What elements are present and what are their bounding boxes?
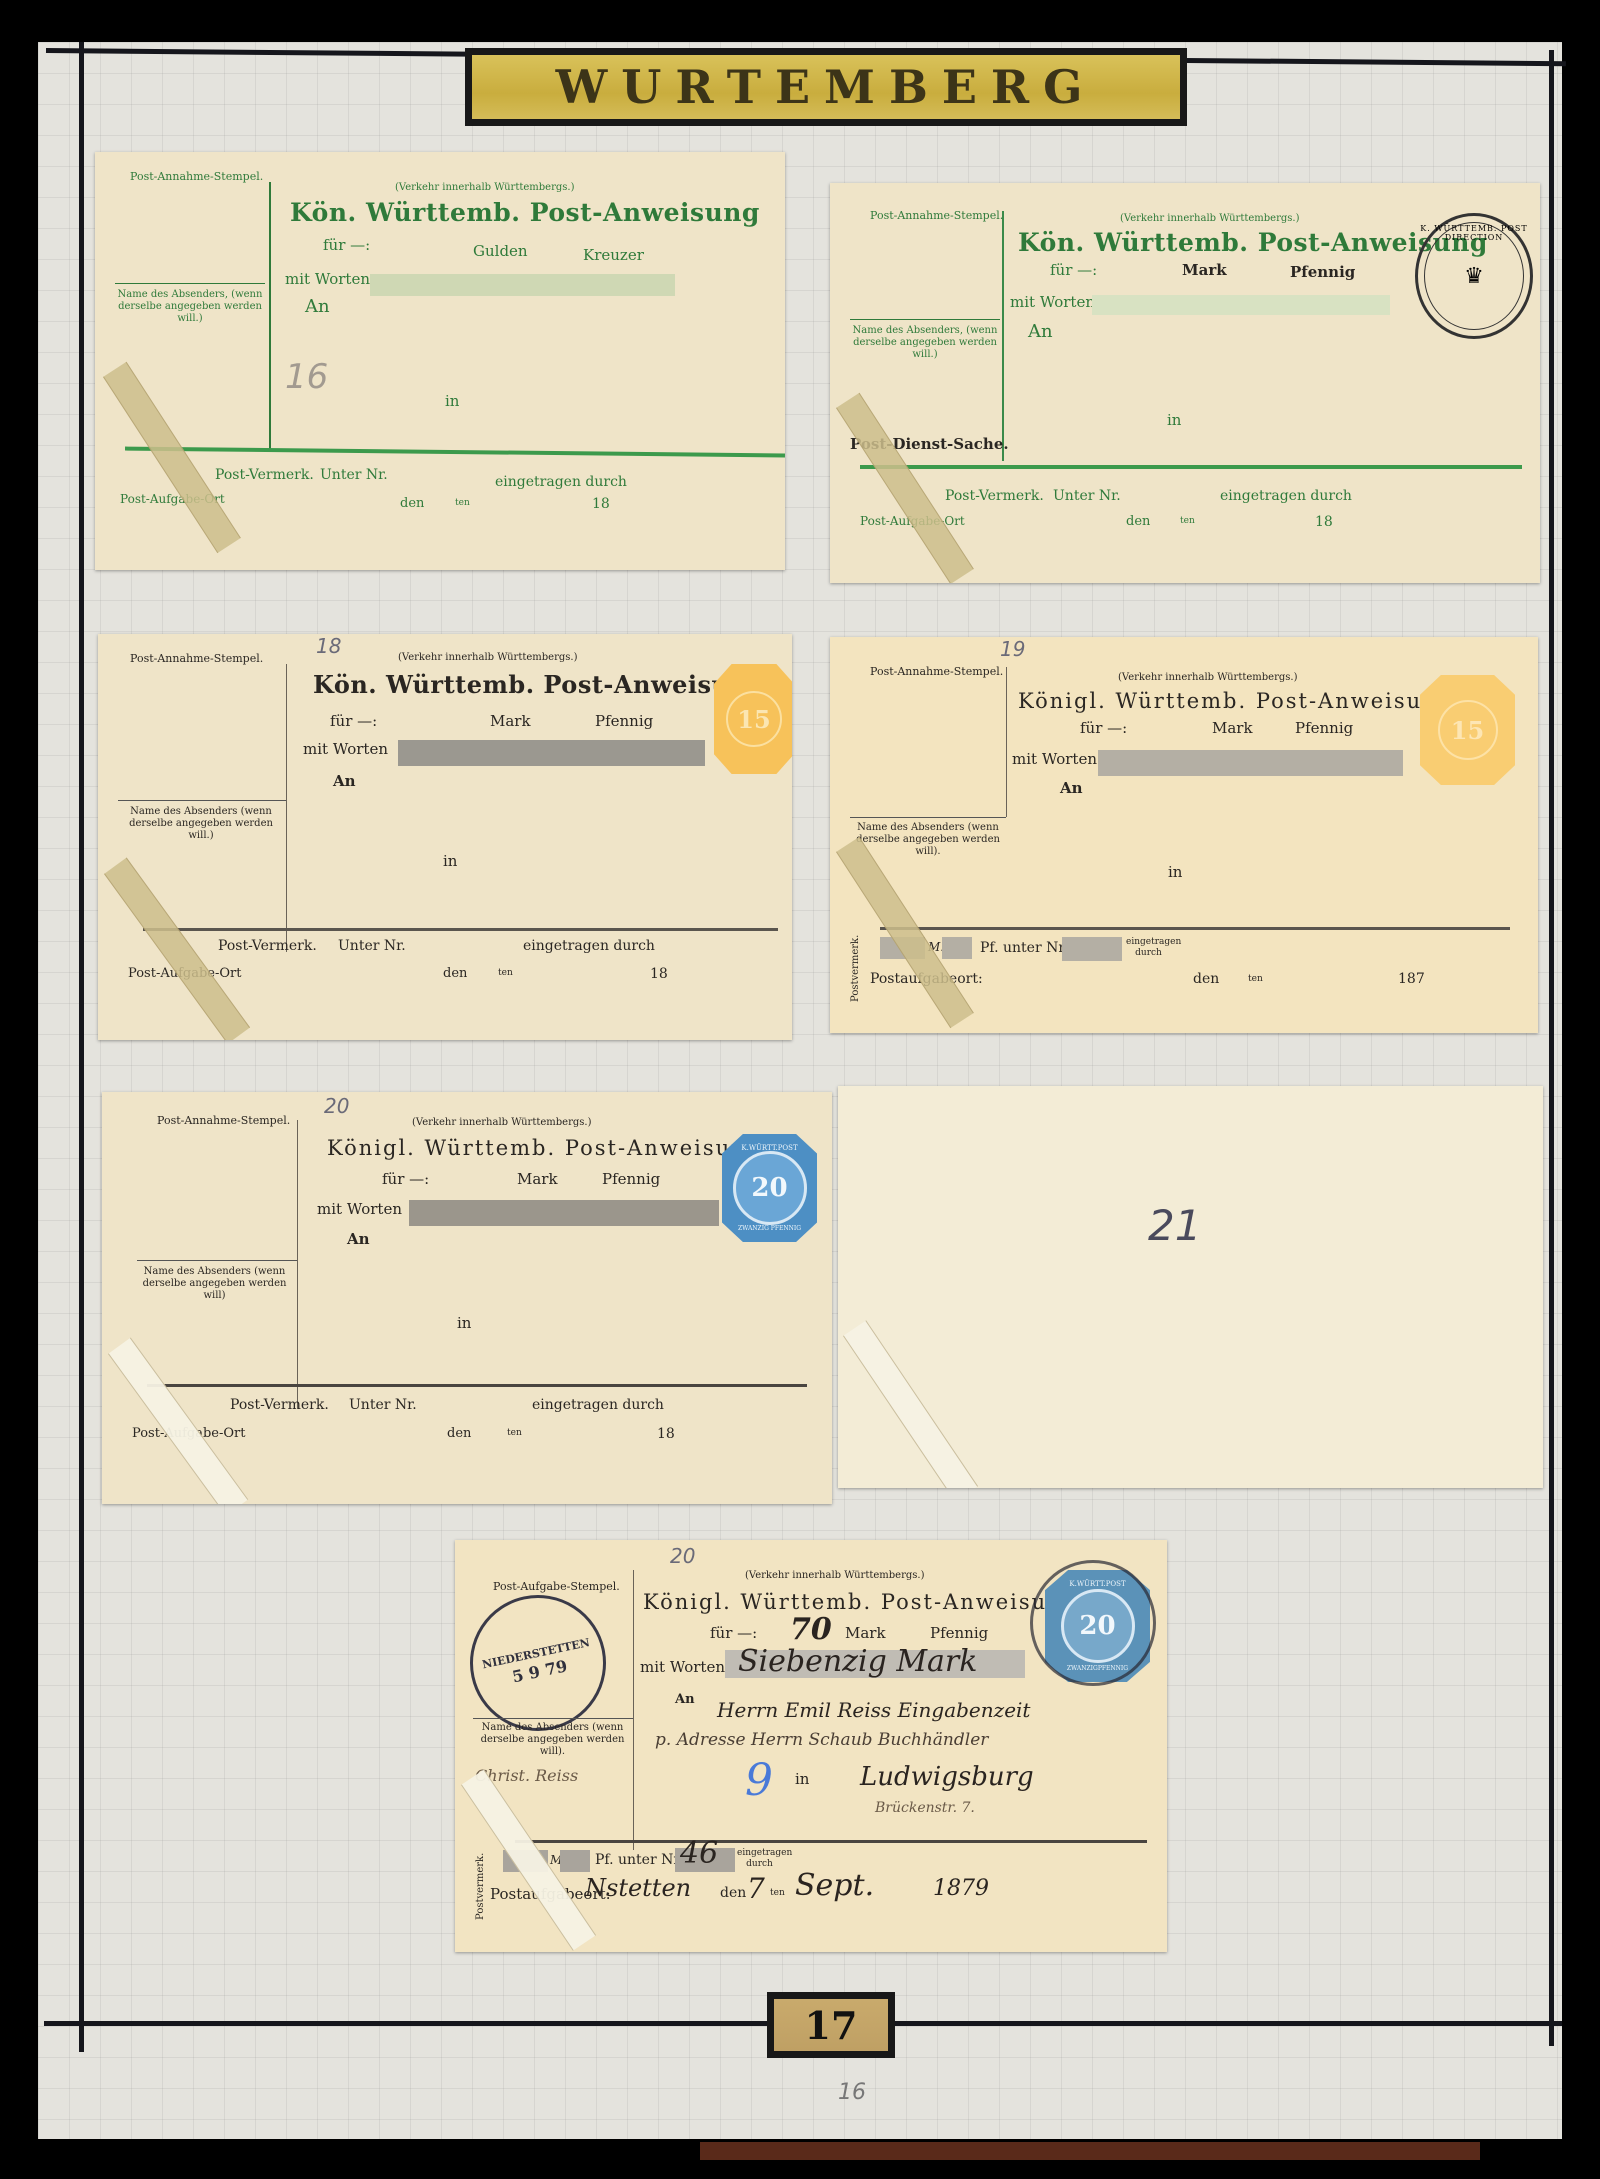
currency-major: Mark	[490, 712, 531, 730]
postal-card-5: Post-Annahme-Stempel. 20 Name des Absend…	[102, 1092, 832, 1504]
fuer-label: für —:	[330, 712, 377, 730]
pencil-note: 16	[838, 2080, 866, 2105]
ort-handwritten: Nstetten	[585, 1874, 691, 1902]
year-label: 18	[592, 496, 610, 512]
unter-nr: Unter Nr.	[320, 467, 388, 483]
amount-words-handwritten: Siebenzig Mark	[738, 1644, 977, 1679]
side-label: Postvermerk.	[475, 1853, 486, 1920]
stamp-top-text: K.WÜRTT.POST	[722, 1144, 817, 1152]
separator	[125, 447, 785, 458]
pencil-number: 20	[670, 1544, 695, 1568]
den-label: den	[720, 1885, 746, 1901]
ten-label: ten	[1248, 974, 1263, 984]
eingetragen-durch: eingetragen durch	[737, 1848, 782, 1870]
an-label: An	[1028, 321, 1053, 342]
year-label: 18	[657, 1426, 675, 1442]
eingetragen-durch: eingetragen durch	[532, 1397, 664, 1413]
an-label: An	[333, 772, 356, 790]
stamp-value: 15	[726, 691, 782, 747]
unter-nr: Unter Nr.	[338, 938, 406, 954]
sender-note: Name des Absenders (wenn derselbe angege…	[470, 1722, 635, 1758]
den-label: den	[443, 966, 467, 981]
eingetragen-durch: eingetragen durch	[1220, 488, 1352, 504]
card-title: Kön. Württemb. Post-Anweisung	[290, 198, 760, 227]
stamp-medallion: 20	[733, 1151, 807, 1225]
post-vermerk: Post-Vermerk.	[215, 467, 314, 483]
hinge-strip	[108, 1338, 248, 1504]
amount-words-field	[1092, 295, 1390, 315]
page-number: 17	[805, 2003, 858, 2048]
stamp-cancel-postmark	[1030, 1560, 1156, 1686]
amount-words-field	[409, 1200, 719, 1226]
sender-rule	[137, 1260, 297, 1261]
reg-number-handwritten: 46	[680, 1836, 718, 1871]
postmark-niederstetten: NIEDERSTETTEN 5 9 79	[457, 1582, 618, 1743]
fuer-label: für —:	[710, 1624, 757, 1642]
page-title-plate: WURTEMBERG	[465, 48, 1187, 126]
addressee-line-2: p. Adresse Herrn Schaub Buchhändler	[655, 1730, 988, 1750]
fuer-label: für —:	[382, 1170, 429, 1188]
in-label: in	[443, 852, 457, 870]
header: (Verkehr innerhalb Württembergs.)	[1118, 672, 1297, 683]
divider	[269, 182, 271, 450]
post-vermerk: Post-Vermerk.	[230, 1397, 329, 1413]
pencil-number: 20	[324, 1094, 349, 1118]
stamp-20-blue: 20 K.WÜRTT.POST ZWANZIG PFENNIG	[722, 1134, 817, 1242]
sender-rule	[118, 800, 286, 801]
separator	[515, 1840, 1147, 1843]
album-binding	[700, 2142, 1480, 2160]
postal-card-3: Post-Annahme-Stempel. 18 Name des Absend…	[98, 634, 792, 1040]
eingetragen-durch: eingetragen durch	[495, 474, 627, 490]
year-label: 18	[650, 966, 668, 982]
pf-unter-nr: Pf. unter Nr.	[595, 1852, 683, 1868]
card-title: Königl. Württemb. Post-Anweisung	[1018, 689, 1453, 713]
ten-label: ten	[770, 1888, 785, 1898]
currency-minor: Kreuzer	[583, 246, 644, 264]
amount-words-field	[1098, 750, 1403, 776]
card-title: Kön. Württemb. Post-Anweisung	[313, 670, 765, 699]
pencil-number: 16	[285, 357, 328, 397]
pfennig-field	[560, 1850, 590, 1872]
in-label: in	[445, 392, 459, 410]
fuer-label: für —:	[1050, 261, 1097, 279]
coat-of-arms-icon: ♛	[1418, 264, 1530, 289]
stamp-15-orange: 15	[1420, 675, 1515, 785]
mit-worten-label: mit Worten	[1012, 750, 1097, 768]
den-label: den	[447, 1426, 471, 1441]
separator	[147, 1384, 807, 1387]
sender-rule	[850, 319, 1000, 320]
pf-unter-nr: Pf. unter Nr.	[980, 940, 1068, 956]
an-label: An	[675, 1692, 695, 1707]
year-handwritten: 1879	[933, 1876, 989, 1901]
page-number-plate: 17	[767, 1992, 895, 2058]
currency-minor: Pfennig	[1295, 719, 1353, 737]
post-vermerk: Post-Vermerk.	[218, 938, 317, 954]
currency-minor: Pfennig	[602, 1170, 660, 1188]
separator	[860, 465, 1522, 469]
year-label: 187	[1398, 971, 1425, 987]
stamp-value: 20	[751, 1173, 787, 1203]
post-direction-seal: ♛ K. WÜRTTEMB. POST DIRECTION	[1415, 213, 1533, 339]
den-label: den	[400, 496, 424, 511]
card-title: Königl. Württemb. Post-Anweisung	[643, 1590, 1078, 1614]
pfennig-field	[942, 937, 972, 959]
separator	[880, 927, 1510, 930]
stamp-label: Post-Aufgabe-Stempel.	[493, 1580, 620, 1593]
pencil-number: 18	[316, 634, 341, 658]
unter-nr: Unter Nr.	[1053, 488, 1121, 504]
card-title: Königl. Württemb. Post-Anweisung	[327, 1136, 762, 1160]
sender-rule	[473, 1718, 633, 1719]
currency-major: Mark	[1212, 719, 1253, 737]
reg-number-field	[1062, 937, 1122, 961]
postal-card-4: Post-Annahme-Stempel. 19 Name des Absend…	[830, 637, 1538, 1033]
sender-note: Name des Absenders (wenn derselbe angege…	[132, 1266, 297, 1302]
amount-words-field	[398, 740, 705, 766]
page-title: WURTEMBERG	[556, 60, 1097, 114]
header: (Verkehr innerhalb Württembergs.)	[398, 652, 577, 663]
seal-text: K. WÜRTTEMB. POST DIRECTION	[1418, 224, 1530, 242]
amount-handwritten: 70	[790, 1612, 832, 1647]
amount-words-field	[370, 274, 675, 296]
ten-label: ten	[455, 498, 470, 508]
sender-rule	[115, 283, 265, 284]
unter-nr: Unter Nr.	[349, 1397, 417, 1413]
currency-minor: Pfennig	[930, 1624, 988, 1642]
stamp-label: Post-Annahme-Stempel.	[870, 665, 1003, 678]
ten-label: ten	[507, 1428, 522, 1438]
currency-minor: Pfennig	[1290, 263, 1355, 281]
stamp-label: Post-Annahme-Stempel.	[870, 209, 1003, 222]
mit-worten-label: mit Worten	[640, 1658, 725, 1676]
header: (Verkehr innerhalb Württembergs.)	[745, 1570, 924, 1581]
an-label: An	[347, 1230, 370, 1248]
sender-note: Name des Absenders (wenn derselbe angege…	[848, 822, 1008, 858]
eingetragen-durch: eingetragen durch	[1126, 937, 1171, 959]
header: (Verkehr innerhalb Württembergs.)	[1120, 213, 1299, 224]
post-vermerk: Post-Vermerk.	[945, 488, 1044, 504]
side-label: Postvermerk.	[850, 935, 861, 1002]
postal-card-1: Post-Annahme-Stempel. Name des Absenders…	[95, 152, 785, 570]
frame-rule-left	[79, 42, 84, 2052]
currency-major: Mark	[517, 1170, 558, 1188]
currency-major: Mark	[1182, 261, 1227, 279]
stamp-bottom-text: ZWANZIG PFENNIG	[722, 1225, 817, 1232]
sender-note: Name des Absenders (wenn derselbe angege…	[116, 806, 286, 842]
currency-major: Gulden	[473, 242, 528, 260]
divider	[633, 1570, 634, 1850]
divider	[297, 1120, 298, 1408]
divider	[1006, 667, 1007, 817]
fuer-label: für —:	[1080, 719, 1127, 737]
sender-rule	[850, 817, 1006, 818]
sender-note: Name des Absenders, (wenn derselbe angeg…	[850, 325, 1000, 361]
pencil-number: 19	[1000, 637, 1025, 661]
postal-card-7-used: Post-Aufgabe-Stempel. 20 NIEDERSTETTEN 5…	[455, 1540, 1167, 1952]
pencil-number: 21	[1148, 1201, 1201, 1250]
in-label: in	[1167, 411, 1181, 429]
fuer-label: für —:	[323, 236, 370, 254]
an-label: An	[1060, 779, 1083, 797]
currency-major: Mark	[845, 1624, 886, 1642]
sender-note: Name des Absenders, (wenn derselbe angeg…	[115, 289, 265, 325]
in-label: in	[1168, 863, 1182, 881]
day-handwritten: 7	[747, 1872, 765, 1905]
year-label: 18	[1315, 514, 1333, 530]
header: (Verkehr innerhalb Württembergs.)	[395, 182, 574, 193]
postal-card-6-back: 21	[838, 1086, 1543, 1488]
an-label: An	[305, 296, 330, 317]
ten-label: ten	[498, 968, 513, 978]
eingetragen-durch: eingetragen durch	[523, 938, 655, 954]
separator	[143, 928, 778, 931]
divider	[1002, 211, 1004, 461]
mit-worten-label: mit Worten	[303, 740, 388, 758]
mit-worten-label: mit Worten	[1010, 293, 1095, 311]
addressee-line-1: Herrn Emil Reiss Eingabenzeit	[717, 1698, 1030, 1722]
in-label: in	[795, 1770, 809, 1788]
city-handwritten: Ludwigsburg	[860, 1762, 1034, 1792]
divider	[286, 664, 287, 952]
month-handwritten: Sept.	[795, 1868, 874, 1903]
stamp-label: Post-Annahme-Stempel.	[157, 1114, 290, 1127]
stamp-15-orange: 15	[714, 664, 792, 774]
postal-card-2: Post-Annahme-Stempel. Name des Absenders…	[830, 183, 1540, 583]
den-label: den	[1193, 971, 1219, 987]
stamp-label: Post-Annahme-Stempel.	[130, 652, 263, 665]
blue-crayon-mark: 9	[745, 1755, 773, 1806]
stamp-label: Post-Annahme-Stempel.	[130, 170, 263, 183]
den-label: den	[1126, 514, 1150, 529]
ten-label: ten	[1180, 516, 1195, 526]
mit-worten-label: mit Worten	[285, 270, 370, 288]
hinge-strip	[103, 362, 241, 553]
header: (Verkehr innerhalb Württembergs.)	[412, 1117, 591, 1128]
hinge-strip	[843, 1320, 978, 1488]
street-handwritten: Brückenstr. 7.	[875, 1800, 975, 1816]
currency-minor: Pfennig	[595, 712, 653, 730]
in-label: in	[457, 1314, 471, 1332]
stamp-value: 15	[1438, 700, 1498, 760]
frame-rule-right	[1549, 50, 1554, 2046]
mit-worten-label: mit Worten	[317, 1200, 402, 1218]
